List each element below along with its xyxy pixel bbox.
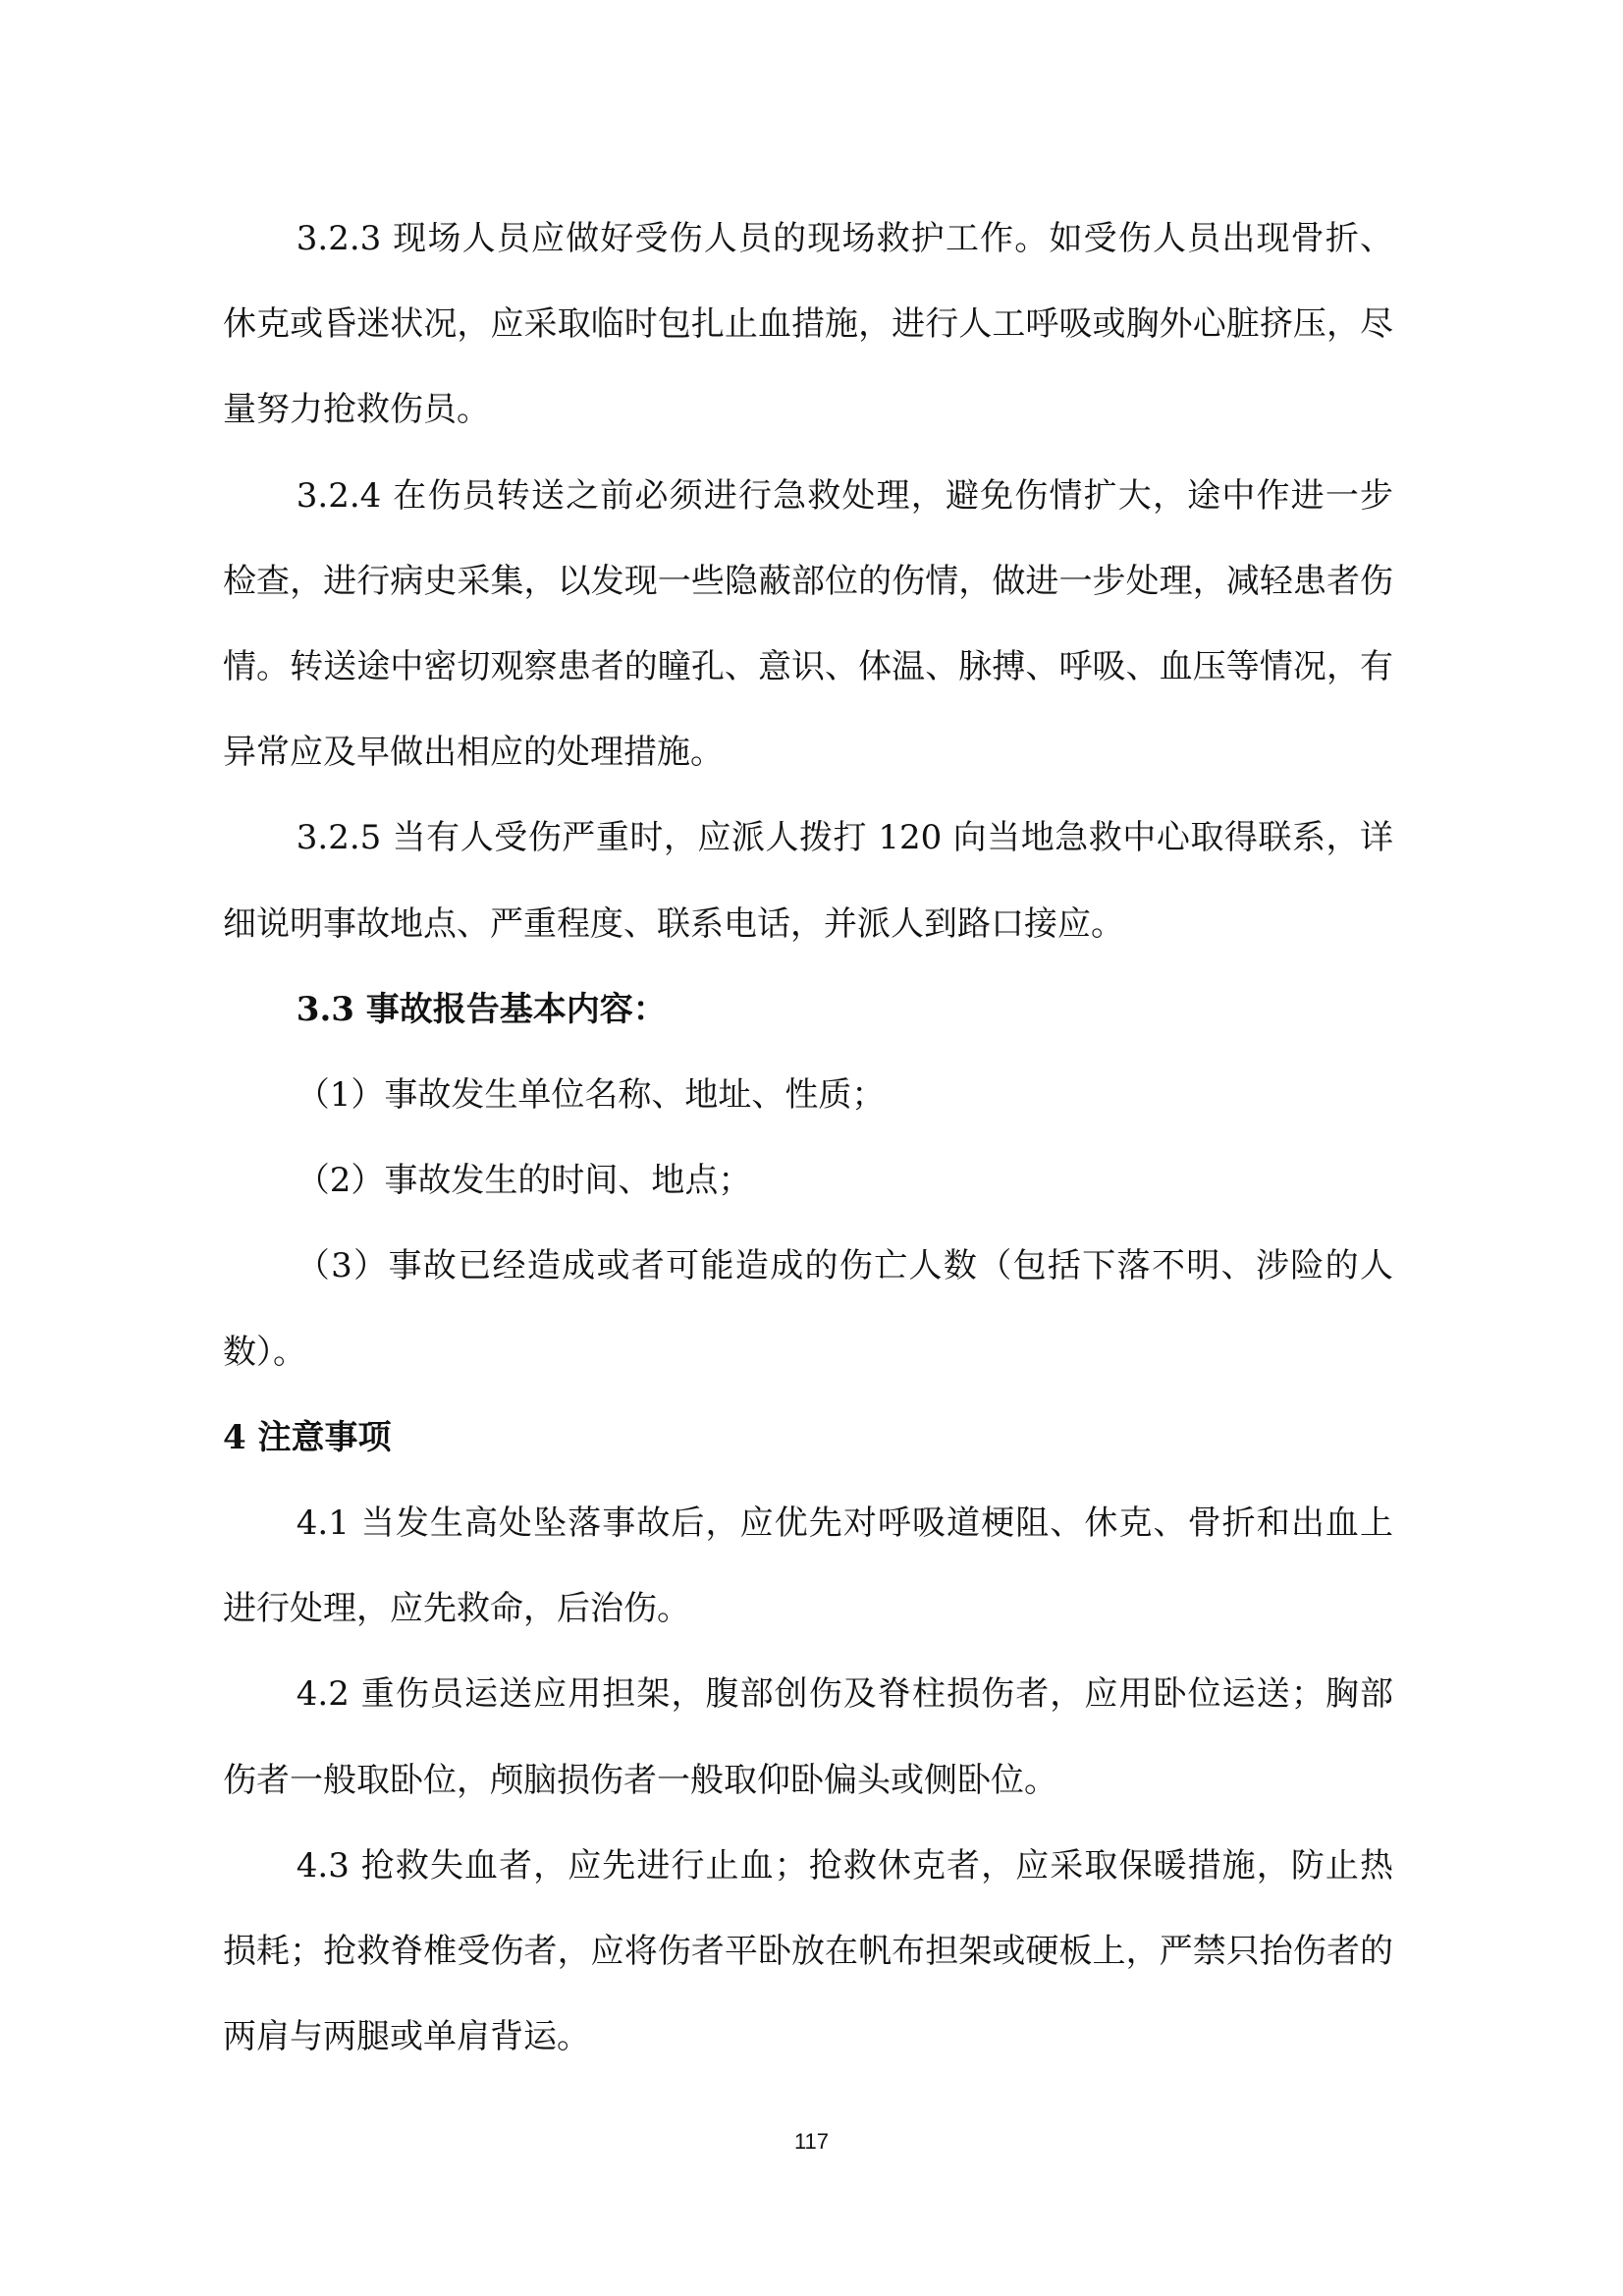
- paragraph-4-3: 4.3 抢救失血者，应先进行止血；抢救休克者，应采取保暖措施，防止热损耗；抢救脊…: [223, 1824, 1393, 2081]
- document-page: 3.2.3 现场人员应做好受伤人员的现场救护工作。如受伤人员出现骨折、休克或昏迷…: [0, 0, 1623, 2296]
- list-item-2: （2）事故发生的时间、地点；: [223, 1138, 1393, 1224]
- paragraph-3-2-4: 3.2.4 在伤员转送之前必须进行急救处理，避免伤情扩大，途中作进一步检查，进行…: [223, 454, 1393, 796]
- list-item-3: （3）事故已经造成或者可能造成的伤亡人数（包括下落不明、涉险的人数）。: [223, 1224, 1393, 1394]
- list-item-1: （1）事故发生单位名称、地址、性质；: [223, 1053, 1393, 1138]
- paragraph-3-2-5: 3.2.5 当有人受伤严重时，应派人拨打 120 向当地急救中心取得联系，详细说…: [223, 795, 1393, 966]
- document-body: 3.2.3 现场人员应做好受伤人员的现场救护工作。如受伤人员出现骨折、休克或昏迷…: [223, 196, 1393, 2080]
- paragraph-3-2-3: 3.2.3 现场人员应做好受伤人员的现场救护工作。如受伤人员出现骨折、休克或昏迷…: [223, 196, 1393, 454]
- paragraph-4-2: 4.2 重伤员运送应用担架，腹部创伤及脊柱损伤者，应用卧位运送；胸部伤者一般取卧…: [223, 1652, 1393, 1823]
- section-heading-3-3: 3.3 事故报告基本内容：: [223, 967, 1393, 1053]
- paragraph-4-1: 4.1 当发生高处坠落事故后，应优先对呼吸道梗阻、休克、骨折和出血上进行处理，应…: [223, 1481, 1393, 1652]
- page-number: 117: [0, 2129, 1623, 2155]
- section-heading-4: 4 注意事项: [223, 1395, 1393, 1481]
